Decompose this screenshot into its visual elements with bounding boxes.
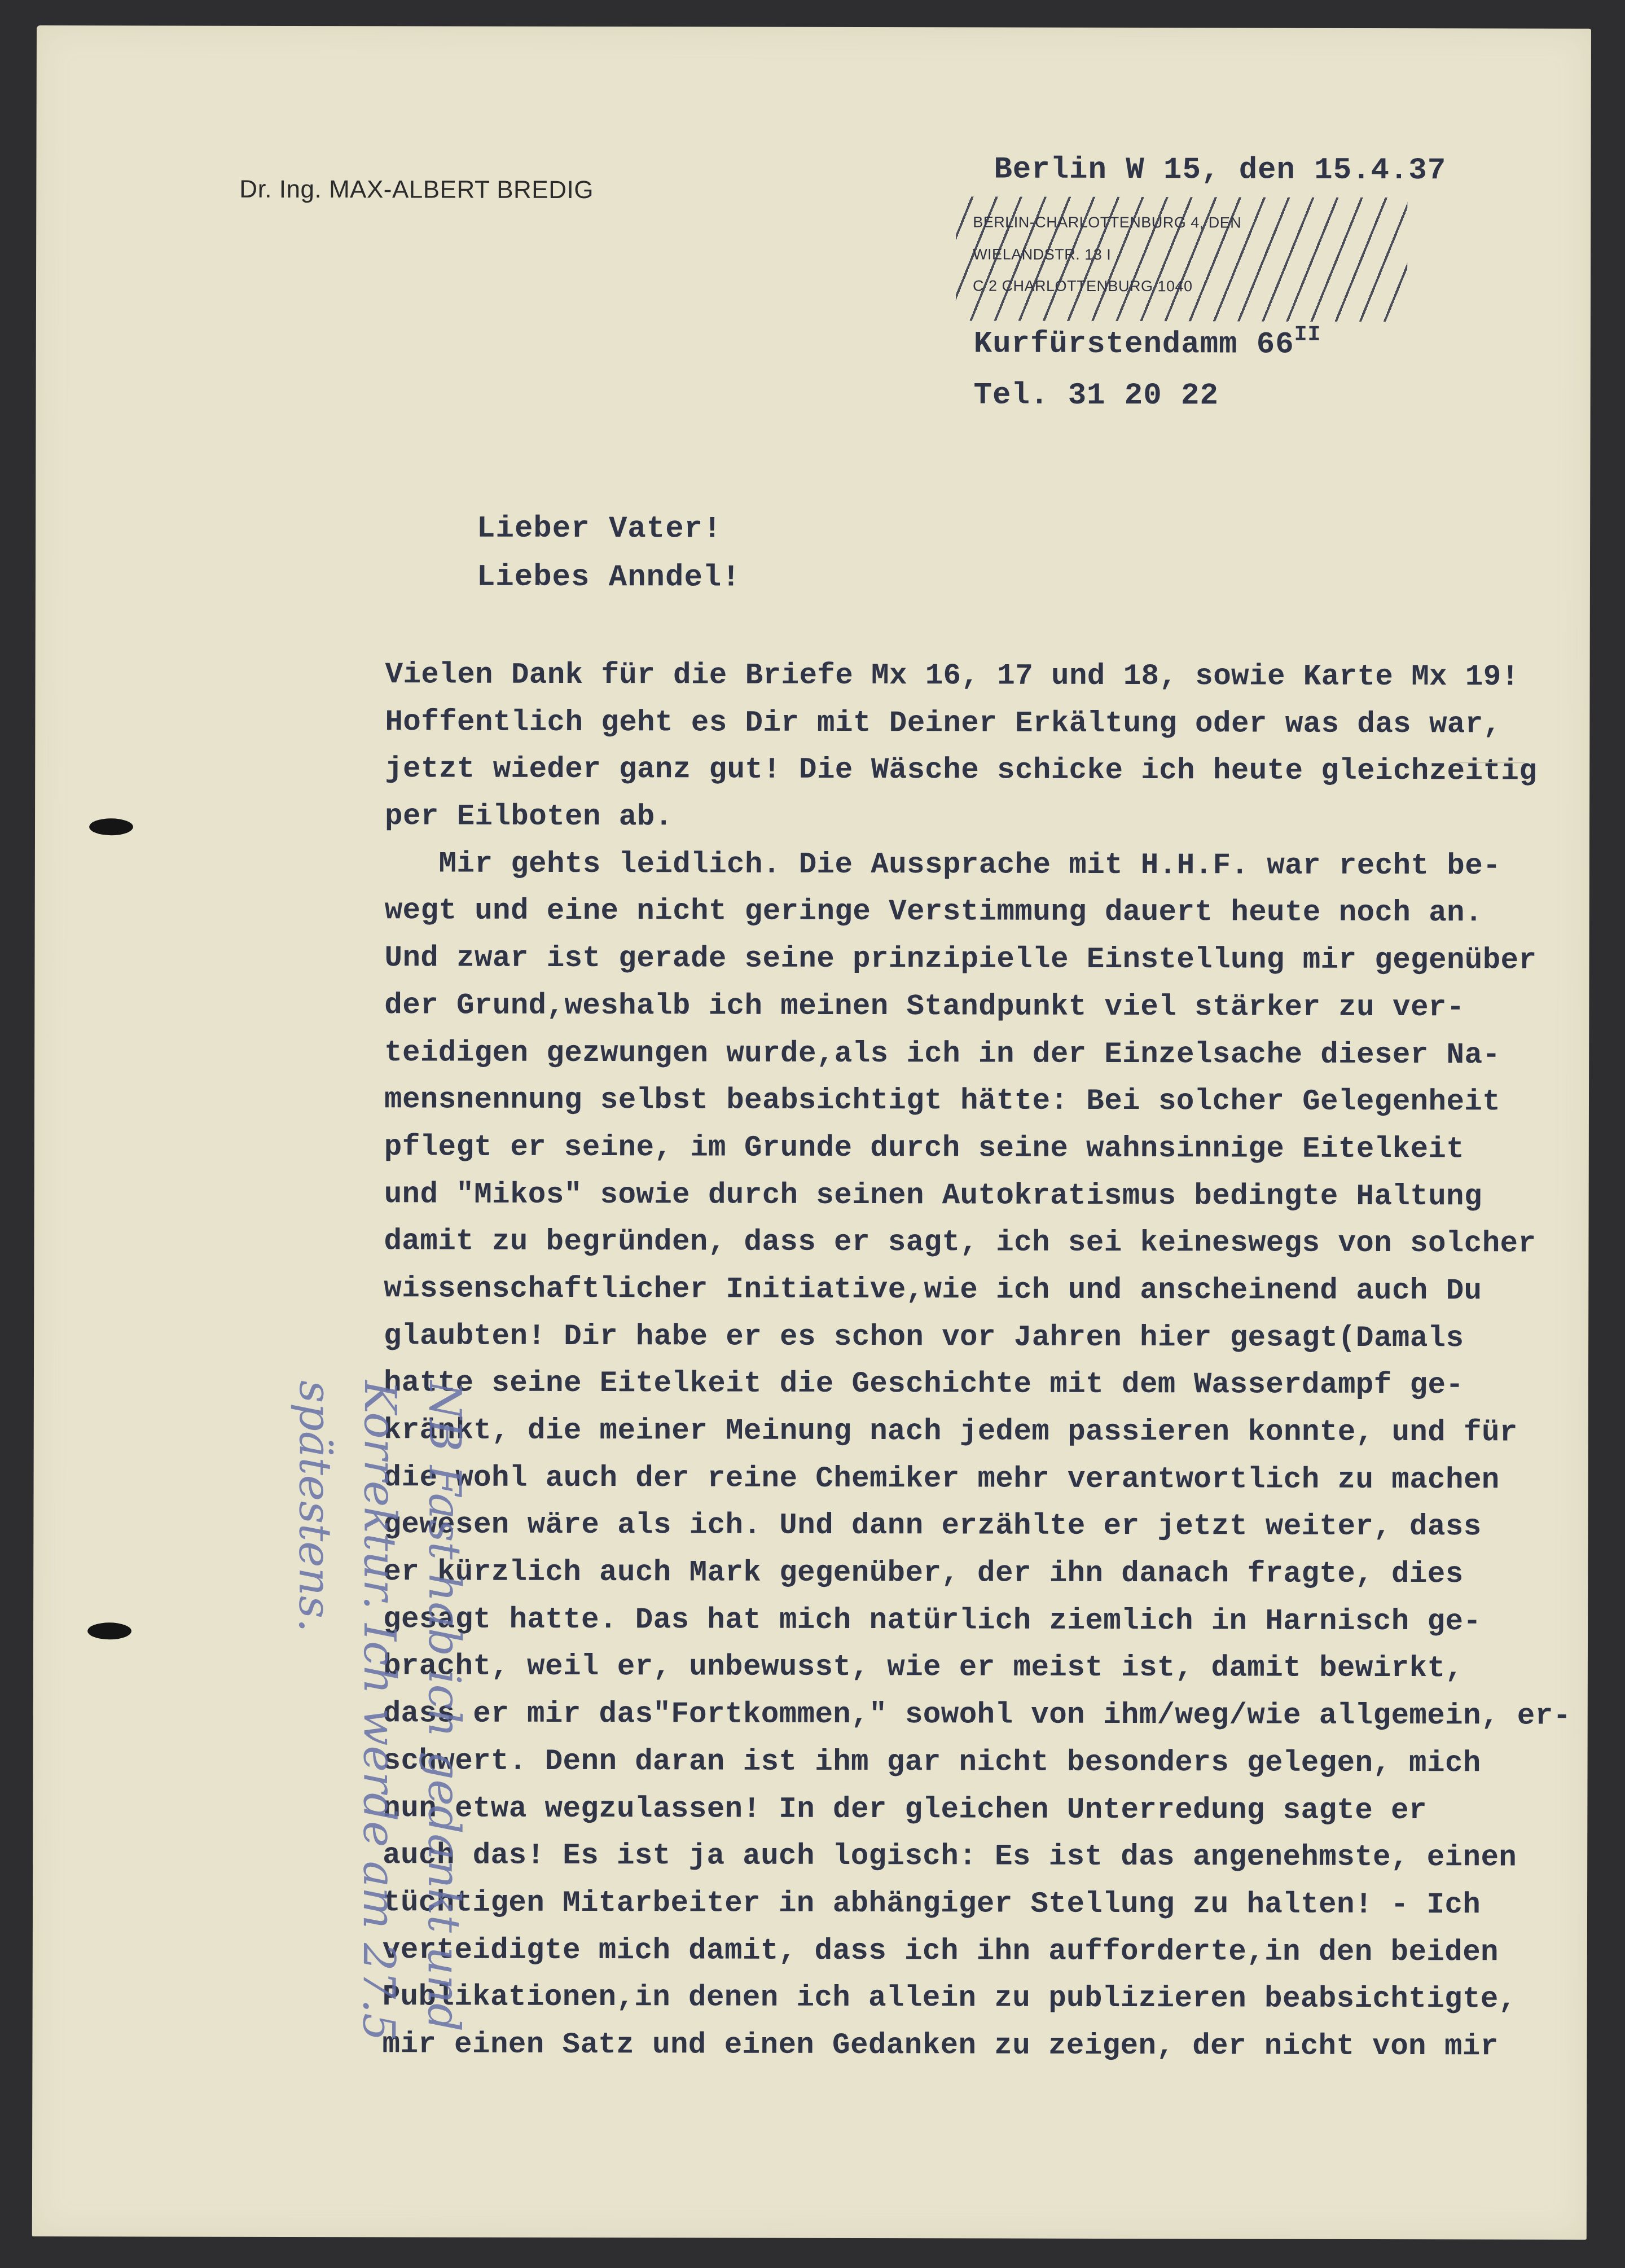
body-line: der Grund,weshalb ich meinen Standpunkt … (384, 982, 1625, 1032)
street-address: Kurfürstendamm 66II (974, 322, 1321, 362)
body-line: Und zwar ist gerade seine prinzipielle E… (384, 935, 1625, 984)
pencil-mark (1457, 762, 1525, 763)
letterhead-name: Dr. Ing. MAX-ALBERT BREDIG (239, 176, 594, 204)
body-line: gewesen wäre als ich. Und dann erzählte … (383, 1502, 1625, 1551)
margin-note-line: Korrektur. Ich werde am 27.5 (345, 1380, 412, 2170)
body-line: bracht, weil er, unbewusst, wie er meist… (383, 1643, 1625, 1693)
struck-out-address-stamp: BERLIN-CHARLOTTENBURG 4, DEN WIELANDSTR.… (956, 196, 1407, 322)
telephone-number: Tel. 31 20 22 (974, 378, 1219, 413)
body-line: damit zu begründen, dass er sagt, ich se… (384, 1218, 1625, 1268)
body-line: auch das! Es ist ja auch logisch: Es ist… (383, 1832, 1625, 1881)
body-line: per Eilboten ab. (385, 793, 1625, 843)
body-line: wissenschaftlicher Initiative,wie ich un… (384, 1265, 1625, 1315)
body-line: mensnennung selbst beabsichtigt hätte: B… (384, 1076, 1625, 1126)
body-line: gesagt hatte. Das hat mich natürlich zie… (383, 1596, 1625, 1646)
body-line: pflegt er seine, im Grunde durch seine w… (384, 1124, 1625, 1173)
body-line: Publikationen,in denen ich allein zu pub… (383, 1974, 1625, 2024)
body-line: Hoffentlich geht es Dir mit Deiner Erkäl… (385, 699, 1625, 748)
body-line: teidigen gezwungen wurde,als ich in der … (384, 1029, 1625, 1079)
letter-body: Vielen Dank für die Briefe Mx 16, 17 und… (382, 651, 1625, 2070)
body-line: kränkt, die meiner Meinung nach jedem pa… (384, 1407, 1625, 1457)
date-line: Berlin W 15, den 15.4.37 (994, 153, 1446, 188)
body-line: nun etwa wegzulassen! In der gleichen Un… (383, 1785, 1625, 1835)
body-line: glaubten! Dir habe er es schon vor Jahre… (384, 1313, 1625, 1362)
body-line: er kürzlich auch Mark gegenüber, der ihn… (383, 1548, 1625, 1598)
body-line: tüchtigen Mitarbeiter in abhängiger Stel… (383, 1879, 1625, 1929)
body-line: schwert. Denn daran ist ihm gar nicht be… (383, 1738, 1625, 1787)
body-line: wegt und eine nicht geringe Verstimmung … (385, 888, 1625, 937)
letter-page: Dr. Ing. MAX-ALBERT BREDIG Berlin W 15, … (32, 25, 1591, 2240)
body-line: Vielen Dank für die Briefe Mx 16, 17 und… (385, 651, 1625, 701)
margin-note-line: spätestens. (280, 1380, 347, 2170)
salutation-father: Lieber Vater! (477, 512, 722, 547)
floor-number: II (1294, 323, 1321, 347)
body-line: hatte seine Eitelkeit die Geschichte mit… (384, 1360, 1625, 1410)
punch-hole-icon (87, 1622, 131, 1639)
punch-hole-icon (89, 818, 133, 835)
body-line: Mir gehts leidlich. Die Aussprache mit H… (385, 840, 1625, 890)
street-name: Kurfürstendamm 66 (974, 327, 1294, 362)
body-line: dass er mir das"Fortkommen," sowohl von … (383, 1690, 1625, 1740)
body-line: die wohl auch der reine Chemiker mehr ve… (384, 1454, 1625, 1504)
salutation-anndel: Liebes Anndel! (477, 560, 741, 595)
body-line: und "Mikos" sowie durch seinen Autokrati… (384, 1171, 1625, 1221)
handwritten-margin-note: NB Fast hab ich gedankt und Korrektur. I… (227, 1380, 477, 2171)
strike-hatching (956, 196, 1407, 322)
body-line: jetzt wieder ganz gut! Die Wäsche schick… (385, 746, 1625, 796)
body-line: mir einen Satz und einen Gedanken zu zei… (382, 2021, 1625, 2070)
margin-note-line: NB Fast hab ich gedankt und (410, 1380, 477, 2170)
body-line: verteidigte mich damit, dass ich ihn auf… (383, 1927, 1625, 1976)
